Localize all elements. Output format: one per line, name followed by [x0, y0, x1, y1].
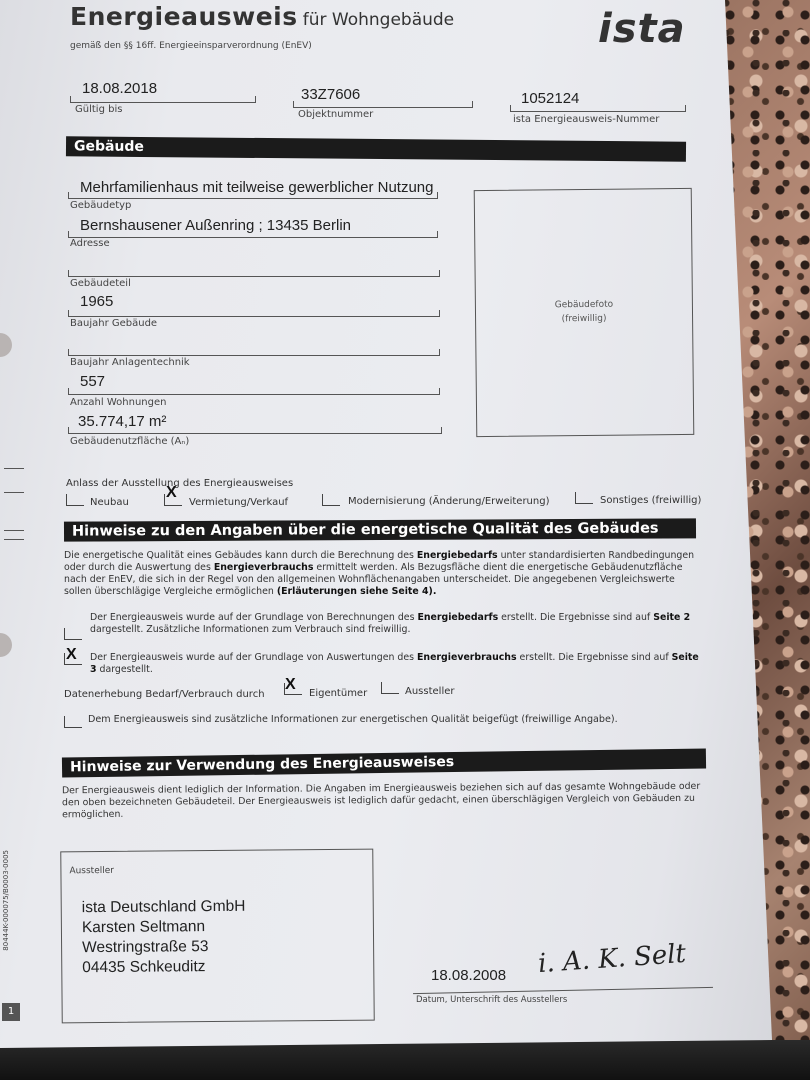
signature-date: 18.08.2008 [431, 967, 506, 984]
issuer-city: 04435 Schkeuditz [82, 957, 246, 978]
certificate-number-value: 1052124 [521, 90, 579, 107]
checkbox-modernisation[interactable] [322, 494, 340, 506]
section-usage-hints-title: Hinweise zur Verwendung des Energieauswe… [62, 749, 706, 778]
handwritten-signature: i. A. K. Selt [537, 939, 687, 979]
checkbox-owner-label: Eigentümer [309, 688, 367, 699]
address-label: Adresse [70, 238, 110, 249]
additional-info-label: Dem Energieausweis sind zusätzliche Info… [88, 714, 618, 725]
fold-mark [4, 539, 24, 540]
usable-area-label: Gebäudenutzfläche (Aₙ) [70, 436, 189, 447]
issuer-company: ista Deutschland GmbH [82, 897, 246, 918]
address-value: Bernshausener Außenring ; 13435 Berlin [80, 217, 351, 234]
field-line [68, 198, 438, 199]
object-number-label: Objektnummer [298, 109, 373, 120]
checkmark-x: X [66, 646, 77, 664]
consumption-based-text: Der Energieausweis wurde auf der Grundla… [90, 652, 700, 676]
valid-until-value: 18.08.2018 [82, 80, 157, 97]
reason-label: Anlass der Ausstellung des Energieauswei… [66, 478, 293, 489]
title-main: Energieausweis [70, 2, 298, 31]
punch-hole [0, 633, 12, 657]
usage-hints-paragraph: Der Energieausweis dient lediglich der I… [62, 781, 710, 822]
field-line [68, 433, 442, 434]
checkbox-other-label: Sonstiges (freiwillig) [600, 495, 701, 506]
certificate-page: 80444K-000075/B0003-0005 1 Energieauswei… [0, 0, 772, 1048]
checkmark-x: X [166, 484, 177, 502]
building-type-label: Gebäudetyp [70, 200, 131, 211]
issuer-label: Aussteller [69, 866, 114, 876]
checkbox-demand-based[interactable] [64, 628, 82, 640]
checkbox-new-build-label: Neubau [90, 497, 129, 508]
demand-based-text: Der Energieausweis wurde auf der Grundla… [90, 612, 700, 636]
field-line [68, 276, 440, 277]
data-collection-label: Datenerhebung Bedarf/Verbrauch durch [64, 689, 265, 700]
field-line [68, 394, 440, 395]
apartments-count-label: Anzahl Wohnungen [70, 397, 166, 408]
field-line [70, 102, 256, 103]
construction-year-label: Baujahr Gebäude [70, 318, 157, 329]
object-number-value: 33Z7606 [301, 86, 360, 103]
checkmark-x: X [285, 676, 296, 694]
checkbox-additional-info[interactable] [64, 716, 82, 728]
certificate-number-label: ista Energieausweis-Nummer [513, 114, 659, 125]
side-code: 80444K-000075/B0003-0005 [2, 850, 10, 951]
checkbox-rental-sale-label: Vermietung/Verkauf [189, 497, 288, 508]
field-line [68, 316, 440, 317]
signature-line [413, 987, 713, 994]
fold-mark [4, 530, 24, 531]
fold-mark [4, 492, 24, 493]
section-quality-hints-title: Hinweise zu den Angaben über die energet… [64, 518, 696, 541]
checkbox-new-build[interactable] [66, 494, 84, 506]
field-line [293, 107, 473, 108]
building-type-value: Mehrfamilienhaus mit teilweise gewerblic… [80, 179, 434, 196]
checkbox-issuer[interactable] [381, 682, 399, 694]
field-line [68, 237, 438, 238]
valid-until-label: Gültig bis [75, 104, 122, 115]
quality-hints-paragraph: Die energetische Qualität eines Gebäudes… [64, 550, 700, 598]
section-building-title: Gebäude [66, 136, 686, 161]
construction-year-value: 1965 [80, 293, 113, 310]
field-line [510, 111, 686, 112]
system-year-label: Baujahr Anlagentechnik [70, 357, 190, 368]
title-sub: für Wohngebäude [303, 10, 454, 30]
field-line [68, 355, 440, 356]
issuer-person: Karsten Seltmann [82, 917, 246, 938]
issuer-address: ista Deutschland GmbH Karsten Seltmann W… [82, 897, 246, 978]
document-title: Energieausweis für Wohngebäude [70, 2, 454, 31]
fold-mark [4, 468, 24, 469]
issuer-street: Westringstraße 53 [82, 937, 246, 958]
document-subtitle: gemäß den §§ 16ff. Energieeinsparverordn… [70, 41, 312, 51]
building-photo-box: Gebäudefoto (freiwillig) [474, 188, 695, 437]
checkbox-modernisation-label: Modernisierung (Änderung/Erweiterung) [348, 496, 549, 507]
punch-hole [0, 333, 12, 357]
signature-label: Datum, Unterschrift des Ausstellers [416, 995, 567, 1005]
apartments-count-value: 557 [80, 373, 105, 390]
page-number: 1 [2, 1003, 20, 1021]
building-part-label: Gebäudeteil [70, 278, 131, 289]
issuer-box: Aussteller ista Deutschland GmbH Karsten… [60, 849, 374, 1024]
usable-area-value: 35.774,17 m² [78, 413, 166, 430]
photo-label: Gebäudefoto (freiwillig) [476, 297, 692, 327]
ista-logo: ista [598, 6, 686, 52]
checkbox-other[interactable] [575, 492, 593, 504]
checkbox-issuer-label: Aussteller [405, 686, 455, 697]
